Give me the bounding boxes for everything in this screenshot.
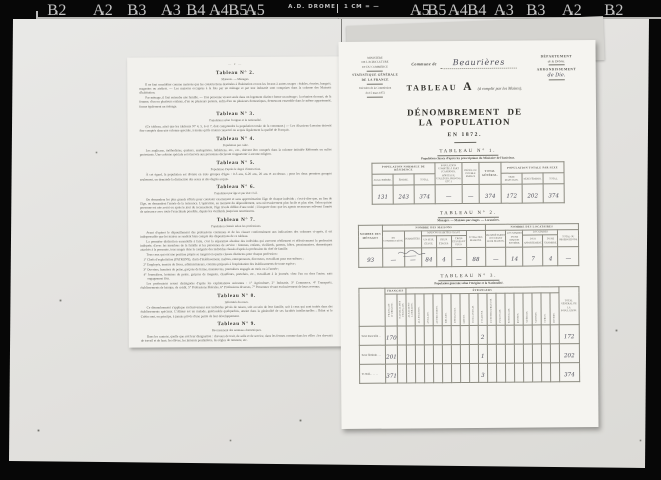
- column-header-vertical: Luxembourgeois.: [487, 293, 496, 326]
- table-cell: [433, 326, 442, 345]
- instruction-paragraph: On demandera les plus grands efforts pou…: [140, 196, 332, 214]
- table-cell: [523, 344, 532, 363]
- handwritten-value: 374: [419, 194, 430, 200]
- department-block: DÉPARTEMENT de la Drôme. ARRONDISSEMENT …: [526, 54, 587, 82]
- row-label: Sexe masculin . .: [359, 326, 385, 345]
- table-cell: 374: [479, 184, 501, 203]
- handwritten-value: —: [493, 257, 499, 263]
- section-heading: Tableau N° 3.: [139, 111, 331, 118]
- column-header: trois étages et plus.: [451, 236, 466, 248]
- table-cell: 371: [386, 364, 398, 383]
- table-cell: [505, 363, 514, 382]
- tableau-a-letter: A: [461, 81, 473, 93]
- section-subtitle: Population par culte.: [140, 142, 332, 147]
- commune-name-handwritten: Beaurières: [441, 58, 517, 70]
- nationalite-table: FRANÇAISÉTRANGERSTOTAL GÉNÉRAL de la pop…: [359, 286, 580, 384]
- section-subtitle: Recensement des animaux domestiques.: [141, 328, 333, 333]
- column-header-vertical: Grecs.: [460, 293, 469, 326]
- divider-rule: [367, 96, 383, 97]
- instruction-paragraph: Avant d'opérer le dépouillement des prof…: [140, 229, 332, 239]
- commune-line: Commune de Beaurières: [406, 58, 522, 70]
- section-subtitle: Population classée selon les professions…: [140, 224, 332, 229]
- column-header: TOTAL.: [543, 173, 564, 184]
- table-cell: [532, 344, 541, 363]
- table2-title: TABLEAU N° 2.: [349, 210, 588, 217]
- column-header-vertical: Italiens.: [478, 293, 487, 326]
- table-cell: [406, 364, 415, 383]
- ruler-tick-mark: [57, 11, 58, 16]
- handwritten-value: —: [566, 256, 572, 262]
- table-cell: [487, 345, 496, 364]
- handwritten-value: —: [446, 194, 452, 200]
- table-cell: 14: [506, 247, 523, 266]
- table-cell: —: [451, 248, 466, 267]
- column-header-vertical: Portugais.: [505, 293, 514, 326]
- handwritten-value: 7: [531, 256, 535, 262]
- column-header: TOTAL GÉNÉRAL.: [479, 163, 501, 185]
- instruction-paragraph: Dans les cantons, quelle que soit leur d…: [141, 333, 333, 343]
- population-table: POPULATION NORMALE DE RÉSIDENCEPOPULATIO…: [371, 162, 564, 205]
- ruler-tick-mark: [614, 11, 615, 16]
- instruction-paragraph: Les professions seront distinguées d'apr…: [140, 280, 332, 290]
- column-header-label: Polonais.: [499, 309, 502, 323]
- ministry-line: ET DU COMMERCE: [348, 64, 403, 69]
- ruler-tick-mark: [458, 11, 459, 16]
- handwritten-value: 243: [398, 194, 409, 200]
- table-cell: [523, 363, 532, 382]
- section-subtitle: Population selon l'origine et la nationa…: [139, 118, 331, 123]
- column-header: locataires d'une maison entière.: [506, 230, 523, 248]
- column-header-vertical: Divers.: [550, 292, 559, 325]
- instruction-paragraph: À cet égard, la population est divisée e…: [140, 172, 332, 182]
- column-header-label: Italiens.: [481, 310, 484, 323]
- column-header: d'un appartement.: [523, 235, 543, 247]
- table-row: Sexe féminin . . .2011202: [360, 344, 580, 365]
- ministry-line: DE LA FRANCE: [348, 77, 403, 82]
- column-header: d'une chambre.: [543, 235, 558, 247]
- table-cell: [487, 364, 496, 383]
- divider-rule: [548, 65, 564, 66]
- column-header: TOTAL ou observations.: [558, 229, 579, 247]
- scale-label: 1 CM = —: [344, 4, 380, 10]
- table1-subtitle: Population classée d'après les prescript…: [348, 155, 587, 161]
- table-origine-nationalite: FRANÇAISÉTRANGERSTOTAL GÉNÉRAL de la pop…: [349, 286, 589, 384]
- table-cell: 3: [478, 364, 487, 383]
- table-cell: —: [485, 247, 506, 266]
- handwritten-value: 374: [564, 372, 575, 378]
- table-cell: [505, 344, 514, 363]
- handwritten-value: 14: [511, 257, 518, 263]
- column-header-vertical: Autrichiens.: [433, 293, 442, 326]
- table-cell: [514, 325, 523, 344]
- flourish-rule: [454, 141, 476, 142]
- column-header: propriétaires occupant leur maison.: [485, 230, 506, 248]
- table-row: TOTAL . . . . .3713374: [360, 363, 580, 384]
- ruler-tick-mark: [477, 11, 478, 16]
- table-cell: [469, 364, 478, 383]
- table-cell: [451, 326, 460, 345]
- column-header-vertical: Français d'origine.: [385, 294, 397, 327]
- column-header-vertical: Naturalisés français.: [397, 294, 406, 327]
- column-header: Sexe féminin.: [522, 173, 543, 184]
- table-cell: [442, 364, 451, 383]
- section-heading: Tableau N° 9.: [141, 321, 333, 328]
- tableau-a-heading: TABLEAU A (à remplir par les Maires).: [406, 77, 522, 96]
- column-header-label: Grecs.: [463, 314, 466, 323]
- section-subtitle: Maisons. — Ménages.: [139, 76, 331, 81]
- handwritten-value: 202: [564, 353, 575, 359]
- column-header-label: Suédois.: [526, 311, 529, 323]
- archive-label: A.D. DROME: [288, 4, 336, 10]
- table-cell: [397, 345, 406, 364]
- table-population-residence: POPULATION NORMALE DE RÉSIDENCEPOPULATIO…: [348, 161, 587, 205]
- table-cell: [496, 344, 505, 363]
- column-header: NOMBRE DES MÉNAGES: [358, 225, 382, 248]
- section-heading: Tableau N° 8.: [141, 292, 333, 299]
- handwritten-value: 201: [386, 355, 397, 361]
- table-cell: [541, 344, 550, 363]
- handwritten-value: 172: [564, 334, 575, 340]
- instruction-paragraph: Ce dénombrement s'applique exclusivement…: [141, 304, 333, 318]
- table-cell: [460, 364, 469, 383]
- column-header: inhabitées.: [404, 231, 421, 249]
- table-cell: [415, 345, 424, 364]
- table-cell: [523, 325, 532, 344]
- divider-rule: [367, 70, 383, 71]
- table-cell: 172: [501, 184, 522, 203]
- ministry-line: du 15 mars 1872: [348, 90, 403, 95]
- table-cell: [415, 364, 424, 383]
- column-header-label: Luxembourgeois.: [490, 298, 493, 323]
- divider-rule: [548, 79, 564, 80]
- ruler-tick-mark: [196, 11, 197, 16]
- table-cell: [460, 345, 469, 364]
- table-cell: [397, 364, 406, 383]
- ruler-tick-mark: [572, 11, 573, 16]
- handwritten-value: 170: [386, 336, 397, 342]
- table-cell: [550, 325, 559, 344]
- handwritten-value: 2: [481, 335, 485, 341]
- column-header-label: Anglais.: [427, 311, 430, 323]
- table-cell: 202: [559, 344, 579, 363]
- form-header-center: Commune de Beaurières TABLEAU A (à rempl…: [402, 55, 526, 143]
- row-label: TOTAL . . . . .: [360, 364, 386, 383]
- handwritten-value: 84: [425, 257, 432, 263]
- handwritten-value: 374: [548, 193, 559, 199]
- instruction-paragraph: 4° Journaliers, hommes de peine, garçons…: [140, 271, 332, 281]
- table-cell: [451, 364, 460, 383]
- instruction-paragraph: (Ce tableau, ainsi que les tableaux N° 4…: [140, 123, 332, 133]
- column-header-vertical: Espagnols.: [451, 293, 460, 326]
- column-header: en construction.: [382, 231, 404, 249]
- column-header-label: Suisses.: [535, 311, 538, 322]
- ministry-block: MINISTÈREDE L'AGRICULTUREET DU COMMERCES…: [348, 56, 403, 99]
- table-cell: 1: [478, 345, 487, 364]
- column-header-vertical: Anglais.: [424, 293, 433, 326]
- instruction-paragraph: Par ménage, il faut entendre une famille…: [139, 95, 331, 109]
- instruction-paragraph: Les anglicans, méthodistes, quakers, ana…: [140, 148, 332, 158]
- table-cell: [505, 325, 514, 344]
- table-cell: [532, 325, 541, 344]
- table-cell: [415, 326, 424, 345]
- form-header: MINISTÈREDE L'AGRICULTUREET DU COMMERCES…: [348, 54, 588, 143]
- column-header-vertical: Russes.: [514, 293, 523, 326]
- tableau-a-word: TABLEAU: [407, 83, 458, 92]
- microfilm-scan-viewport: B2A2B3A3B4A4B5A5A5B5A4B4A3B3A2B2 A.D. DR…: [0, 0, 661, 480]
- handwritten-value: 202: [527, 193, 538, 199]
- column-header: DÉCÈS ou double emploi: [462, 163, 479, 185]
- table-cell: [532, 363, 541, 382]
- table-cell: [442, 326, 451, 345]
- handwritten-value: 371: [386, 374, 397, 380]
- column-header: TOTAL.: [414, 174, 435, 185]
- ruler-tick-mark: [437, 11, 438, 16]
- column-header-label: Français d'origine.: [388, 296, 394, 324]
- table-cell: [496, 325, 505, 344]
- tableau-a-note: (à remplir par les Maires).: [478, 86, 523, 91]
- column-header: POPULATION NORMALE DE RÉSIDENCE: [372, 163, 435, 175]
- department-value: de la Drôme.: [526, 59, 587, 63]
- menages-table: NOMBRE DES MÉNAGESNOMBRE DES MAISONSNOMB…: [358, 223, 579, 268]
- handwritten-value: 4: [442, 257, 446, 263]
- table-cell: 374: [559, 363, 579, 382]
- handwritten-value: 4: [549, 256, 553, 262]
- table-cell: 201: [386, 345, 398, 364]
- handwritten-value: 131: [377, 195, 388, 201]
- table-cell: [541, 325, 550, 344]
- column-header-label: Naturalisés français.: [398, 296, 404, 324]
- ruler-tick-mark: [536, 11, 537, 16]
- table-cell: [442, 345, 451, 364]
- ruler-tick-mark: [103, 11, 104, 16]
- commune-label: Commune de: [411, 61, 436, 66]
- table-cell: [424, 345, 433, 364]
- table-cell: [469, 326, 478, 345]
- table-cell: [424, 326, 433, 345]
- measurement-ruler: B2A2B3A3B4A4B5A5A5B5A4B4A3B3A2B2 A.D. DR…: [0, 0, 661, 19]
- handwritten-value: —: [468, 194, 474, 200]
- ruler-separator-bar: [337, 4, 338, 13]
- column-header-label: Espagnols.: [454, 307, 457, 323]
- year-line: EN 1872.: [407, 131, 523, 138]
- column-header-vertical: Belges.: [442, 293, 451, 326]
- column-header-label: Allemands.: [418, 306, 421, 323]
- column-header: POPULATION comptée à part (casernes, hôp…: [435, 163, 462, 185]
- table-cell: [514, 363, 523, 382]
- table-cell: [451, 345, 460, 364]
- instruction-sections: Tableau N° 2.Maisons. — Ménages.Il ne fa…: [139, 69, 333, 343]
- column-header-vertical: Suédois.: [523, 293, 532, 326]
- table-cell: 4: [543, 247, 558, 266]
- handwritten-value: —: [456, 257, 462, 263]
- section-heading: Tableau N° 5.: [140, 160, 332, 167]
- section-heading: Tableau N° 7.: [140, 217, 332, 224]
- population-title: DÉNOMBREMENT DE LA POPULATION: [407, 107, 523, 128]
- handwritten-value: 374: [485, 194, 496, 200]
- instructions-page: — 2 — Tableau N° 2.Maisons. — Ménages.Il…: [127, 56, 345, 347]
- page-number-mark: — 2 —: [139, 61, 331, 66]
- column-header-vertical: Turcs.: [541, 293, 550, 326]
- section-heading: Tableau N° 2.: [139, 69, 331, 76]
- table-cell: 202: [522, 184, 543, 203]
- table-cell: 374: [414, 185, 435, 204]
- table-cell: 2: [478, 326, 487, 345]
- table-cell: [514, 344, 523, 363]
- column-header: [359, 288, 385, 326]
- column-header: Sexe masculin.: [501, 173, 522, 184]
- table-cell: [406, 345, 415, 364]
- table-cell: 131: [372, 185, 393, 204]
- table-cell: 7: [523, 247, 543, 266]
- table-cell: [550, 363, 559, 382]
- table-cell: [433, 345, 442, 364]
- column-header-label: Belges.: [445, 312, 448, 323]
- row-label: Sexe féminin . . .: [360, 345, 386, 364]
- table1-title: TABLEAU N° 1.: [348, 148, 587, 155]
- table-cell: 170: [385, 326, 397, 345]
- table-cell: [424, 364, 433, 383]
- census-form-page: MINISTÈREDE L'AGRICULTUREET DU COMMERCES…: [338, 40, 598, 429]
- column-header-vertical: Polonais.: [496, 293, 505, 326]
- column-header-label: Alsaciens-Lorrains.: [407, 295, 413, 323]
- column-header-vertical: Hollandais.: [469, 293, 478, 326]
- column-header-vertical: Allemands.: [415, 294, 424, 327]
- ruler-tick-mark: [420, 11, 421, 16]
- table-cell: —: [558, 247, 579, 266]
- column-header: un seul étage.: [421, 236, 436, 248]
- handwritten-value: 88: [472, 257, 479, 263]
- column-header-label: Autrichiens.: [436, 305, 439, 324]
- section-subtitle: Population par âge et par état civil.: [140, 191, 332, 196]
- table-row: Sexe masculin . .1702172: [359, 325, 579, 346]
- ruler-tick-mark: [238, 11, 239, 16]
- table-cell: —: [435, 185, 462, 204]
- divider-rule: [367, 84, 383, 85]
- section-heading: Tableau N° 4.: [140, 135, 332, 142]
- column-header: TOTAL des maisons.: [466, 230, 485, 248]
- ruler-left-bracket: [36, 11, 38, 18]
- table-cell: —: [462, 184, 479, 203]
- table-cell: [469, 345, 478, 364]
- column-header: Agglomérée.: [372, 175, 393, 186]
- table3-subtitle: Population générale selon l'Origine et l…: [349, 280, 588, 286]
- arrondissement-label: ARRONDISSEMENT: [526, 67, 587, 71]
- ruler-tick-mark: [219, 11, 220, 16]
- ruler-tick-mark: [137, 11, 138, 16]
- ruler-tick-mark: [171, 11, 172, 16]
- ruler-tick-mark: [255, 11, 256, 16]
- table-cell: [496, 363, 505, 382]
- arrondissement-value-handwritten: de Die.: [526, 72, 587, 78]
- table-cell: [406, 326, 415, 345]
- handwritten-scribble: [396, 247, 426, 259]
- table-cell: [487, 326, 496, 345]
- instruction-paragraph: Il ne faut considérer comme maisons que …: [139, 81, 331, 95]
- table-cell: [397, 326, 406, 345]
- column-header: deux étages.: [436, 236, 451, 248]
- column-header: Éparse.: [393, 174, 414, 185]
- table-cell: 93: [359, 248, 383, 267]
- column-header-vertical: Alsaciens-Lorrains.: [406, 294, 415, 327]
- column-header-label: Portugais.: [508, 307, 511, 323]
- column-header: TOTAL GÉNÉRAL de la population.: [559, 287, 579, 325]
- table3-title: TABLEAU N° 3.: [349, 273, 588, 280]
- table-menages-maisons: NOMBRE DES MÉNAGESNOMBRE DES MAISONSNOMB…: [349, 223, 588, 268]
- column-header-label: Russes.: [517, 312, 520, 323]
- column-header: POPULATION TOTALE PAR SEXE: [501, 162, 564, 174]
- section-heading: Tableau N° 6.: [140, 184, 332, 191]
- column-header-label: Hollandais.: [472, 305, 475, 323]
- handwritten-value: 172: [506, 194, 517, 200]
- ruler-tick-mark: [504, 11, 505, 16]
- column-header-vertical: Suisses.: [532, 293, 541, 326]
- table-cell: [550, 344, 559, 363]
- table-cell: [433, 364, 442, 383]
- table-cell: 88: [466, 247, 485, 266]
- table2-subtitle: Ménages. — Maisons par étages. — Locatai…: [349, 217, 588, 223]
- department-label: DÉPARTEMENT: [526, 54, 587, 58]
- table-cell: [460, 326, 469, 345]
- table-cell: 243: [393, 185, 414, 204]
- table-cell: 374: [543, 184, 564, 203]
- instruction-paragraph: La première distinction essentielle à fa…: [140, 238, 332, 252]
- section-subtitle: Infirmités diverses.: [141, 299, 333, 304]
- table-cell: 172: [559, 325, 579, 344]
- handwritten-value: 1: [481, 354, 485, 360]
- table-cell: 4: [436, 248, 451, 267]
- handwritten-value: 93: [367, 258, 374, 264]
- column-header-label: Turcs.: [544, 313, 547, 322]
- handwritten-value: 3: [481, 373, 485, 379]
- column-header-label: Divers.: [553, 312, 556, 322]
- dust-specks: [0, 0, 1, 1]
- table-cell: [541, 363, 550, 382]
